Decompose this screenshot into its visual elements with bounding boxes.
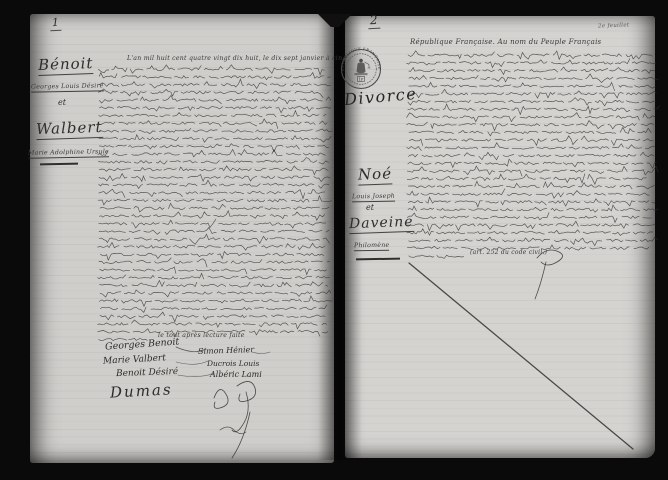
margin-name-groom: Bénoit [38,54,94,74]
signature-alberic-lami: Albéric Lami [210,370,262,379]
margin-name-bride: Walbert [36,118,103,138]
left-page-number: 1 [50,16,62,32]
margin-husband-given-names: Louis Joseph [352,193,395,201]
margin-groom-given-names: Georges Louis Désiré [31,82,104,90]
right-page [345,16,655,458]
left-body-opening-line: L'an mil huit cent quatre vingt dix huit… [127,55,347,62]
corner-note: 2e feuillet [598,22,630,29]
fiscal-stamp: RÉPUBLIQUE FRANÇAISE 1F [339,47,383,91]
margin-conjunction-right: et [366,203,374,212]
stamp-value: 1F [359,77,364,81]
margin-name-wife: Daveine [349,214,414,232]
register-double-page-scan: 1 Bénoit Georges Louis Désiré et Walbert… [0,0,668,480]
right-body-opening-line: République Française. Au nom du Peuple F… [410,38,601,46]
margin-conjunction-left: et [58,98,66,107]
signature-dumas: Dumas [110,380,173,401]
margin-bride-given-names: Marie Adolphine Ursule [28,148,109,156]
right-body-closing-line: (art. 252 du code civil.) [470,249,547,256]
left-page [30,14,334,463]
right-page-number: 2 [368,13,380,30]
margin-name-husband: Noé [358,164,393,183]
signature-ducrois-louis: Ducrois Louis [207,359,259,368]
margin-wife-given-names: Philomène [354,242,390,250]
